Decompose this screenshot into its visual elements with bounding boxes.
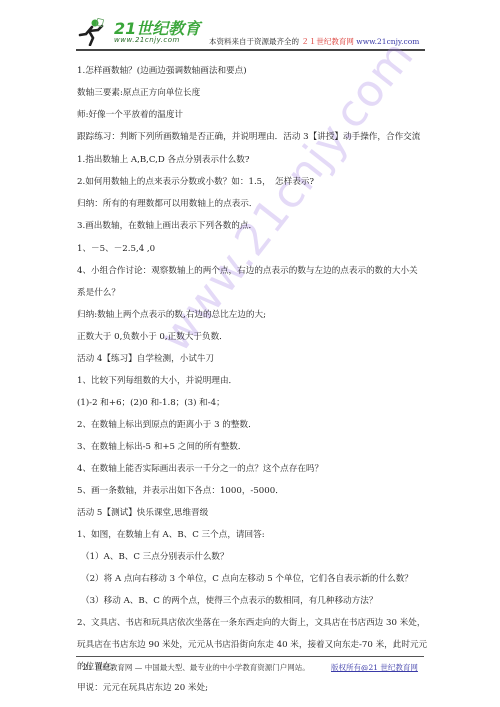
logo-url: www.21cnjy.com: [114, 36, 180, 44]
page-header: 21世纪教育 www.21cnjy.com 本资料来自于资源最齐全的 ２１世纪教…: [76, 12, 426, 50]
text-line: 跟踪练习：判断下列所画数轴是否正确，并说明理由．活动 3【讲授】动手操作，合作交…: [77, 132, 420, 143]
text-line: 4、在数轴上能否实际画出表示一千分之一的点？这个点存在吗？: [77, 464, 323, 475]
header-divider: [76, 49, 425, 51]
text-line: 1、如图，在数轴上有 A、B、C 三个点，请回答:: [77, 530, 265, 541]
text-line: 1、－5、－2.5,4 ,0: [77, 244, 155, 255]
text-line: 归纳：所有的有理数都可以用数轴上的点表示．: [77, 199, 257, 210]
text-line: 数轴三要素:原点正方向单位长度: [77, 88, 200, 99]
text-line: 师:好像一个平放着的温度计: [77, 110, 183, 121]
text-line: 活动 5【测试】快乐课堂,思维晋级: [77, 508, 208, 519]
text-line: （2）将 A 点向右移动 3 个单位，C 点向左移动 5 个单位，它们各自表示新…: [81, 574, 413, 585]
text-line: （3）移动 A、B、C 的两个点，使得三个点表示的数相同，有几种移动方法？: [81, 596, 377, 607]
tagline-url[interactable]: www.21cnjy.com: [356, 37, 419, 46]
copyright-link[interactable]: 版权所有@21 世纪教育网: [331, 662, 418, 673]
text-line: 2.如何用数轴上的点来表示分数或小数？如：1.5， 怎样表示?: [77, 177, 314, 188]
text-line: 1.指出数轴上 A,B,C,D 各点分别表示什么数?: [77, 155, 249, 166]
text-line: 1、比较下列每组数的大小，并说明理由．: [77, 376, 237, 387]
text-line: 正数大于 0,负数小于 0,正数大于负数．: [77, 332, 228, 343]
site-logo[interactable]: 21世纪教育 www.21cnjy.com: [76, 14, 201, 48]
text-line: 5、画一条数轴，并表示出如下各点：1000，-5000．: [77, 486, 284, 497]
tagline-prefix: 本资料来自于资源最齐全的: [209, 37, 299, 46]
text-line: （1）A、B、C 三点分别表示什么数？: [81, 552, 229, 563]
text-line: 3、在数轴上标出-5 和+5 之间的所有整数．: [77, 442, 246, 453]
text-line: 4、小组合作讨论：观察数轴上的两个点，右边的点表示的数与左边的点表示的数的大小关: [77, 266, 418, 277]
text-line: 系是什么？: [77, 288, 120, 299]
text-line: 玩具店在书店东边 90 米处，元元从书店沿街向东走 40 米，接着又向东走-70…: [77, 640, 427, 651]
text-line: 3.画出数轴，在数轴上画出表示下列各数的点．: [77, 221, 257, 232]
text-line: 2、在数轴上标出到原点的距离小于 3 的整数．: [77, 420, 257, 431]
runner-logo-icon: [78, 18, 104, 46]
header-tagline: 本资料来自于资源最齐全的 ２１世纪教育网 www.21cnjy.com: [209, 36, 419, 47]
tagline-brand[interactable]: ２１世纪教育网: [301, 37, 354, 46]
text-line: (1)-2 和+6；(2)0 和-1.8；(3) 和-4；: [77, 398, 225, 409]
text-line: 归纳:数轴上两个点表示的数,右边的总比左边的大;: [77, 310, 266, 321]
text-line: 活动 4【练习】自学检测，小试牛刀: [77, 354, 214, 365]
footer-text: 21 世纪教育网 — 中国最大型、最专业的中小学教育资源门户网站。: [83, 662, 310, 673]
footer-divider: [76, 656, 424, 657]
text-line: 1.怎样画数轴？(边画边强调数轴画法和要点): [77, 66, 247, 77]
text-line: 2、文具店、书店和玩具店依次坐落在一条东西走向的大街上，文具店在书店西边 30 …: [77, 618, 425, 629]
text-line: 甲说：元元在玩具店东边 20 米处;: [77, 683, 208, 694]
